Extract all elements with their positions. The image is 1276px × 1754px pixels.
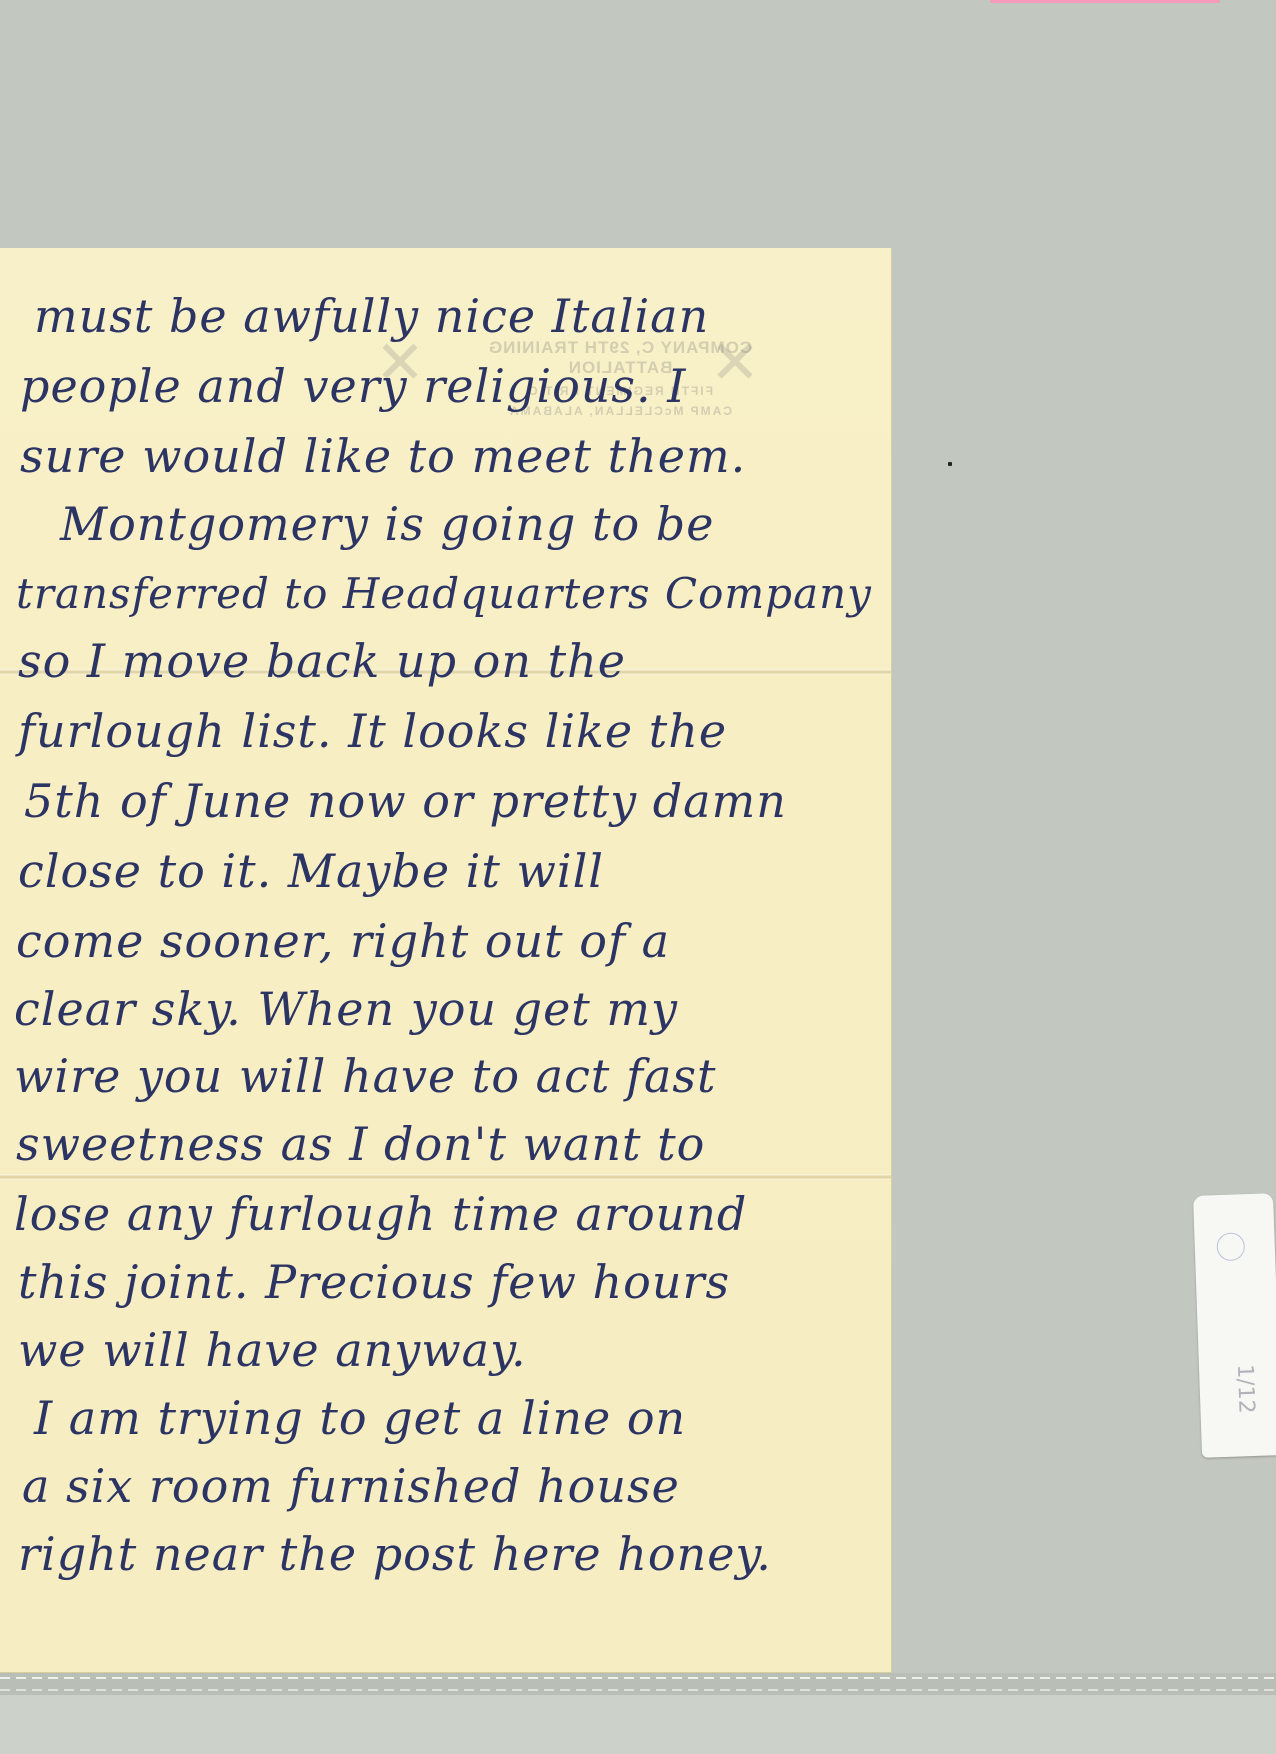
text-line: people and very religious. I — [20, 358, 686, 414]
letter-page: ✕ ✕ COMPANY C, 29TH TRAINING BATTALION F… — [0, 248, 891, 1672]
text-line: right near the post here honey. — [18, 1526, 772, 1582]
text-line: so I move back up on the — [18, 633, 626, 689]
perforation-row — [0, 1689, 1276, 1691]
text-line: Montgomery is going to be — [60, 496, 714, 552]
text-line: transferred to Headquarters Company — [16, 566, 872, 622]
text-line: furlough list. It looks like the — [18, 703, 727, 759]
scan-background-lower — [0, 1695, 1276, 1754]
text-line: a six room furnished house — [22, 1458, 680, 1514]
text-line: come sooner, right out of a — [16, 913, 670, 969]
text-line: 5th of June now or pretty damn — [24, 773, 787, 829]
text-line: close to it. Maybe it will — [18, 843, 604, 899]
text-line: this joint. Precious few hours — [18, 1254, 730, 1310]
sheet-protector-edge — [0, 1673, 1276, 1695]
text-line: must be awfully nice Italian — [34, 288, 709, 344]
archive-tag-label: 1/12 — [1232, 1364, 1259, 1414]
text-line: sure would like to meet them. — [20, 428, 746, 484]
handwritten-text: must be awfully nice Italian people and … — [0, 248, 891, 1672]
text-line: sweetness as I don't want to — [16, 1116, 705, 1172]
text-line: wire you will have to act fast — [14, 1048, 717, 1104]
scanner-edge-strip — [990, 0, 1220, 3]
stamp-circle-icon — [1216, 1232, 1245, 1261]
text-line: lose any furlough time around — [14, 1186, 747, 1242]
dust-speck — [948, 462, 952, 466]
text-line: we will have anyway. — [18, 1322, 527, 1378]
text-line: I am trying to get a line on — [34, 1390, 686, 1446]
archive-tag: 1/12 — [1193, 1193, 1276, 1458]
text-line: clear sky. When you get my — [14, 981, 678, 1037]
perforation-row — [0, 1677, 1276, 1679]
